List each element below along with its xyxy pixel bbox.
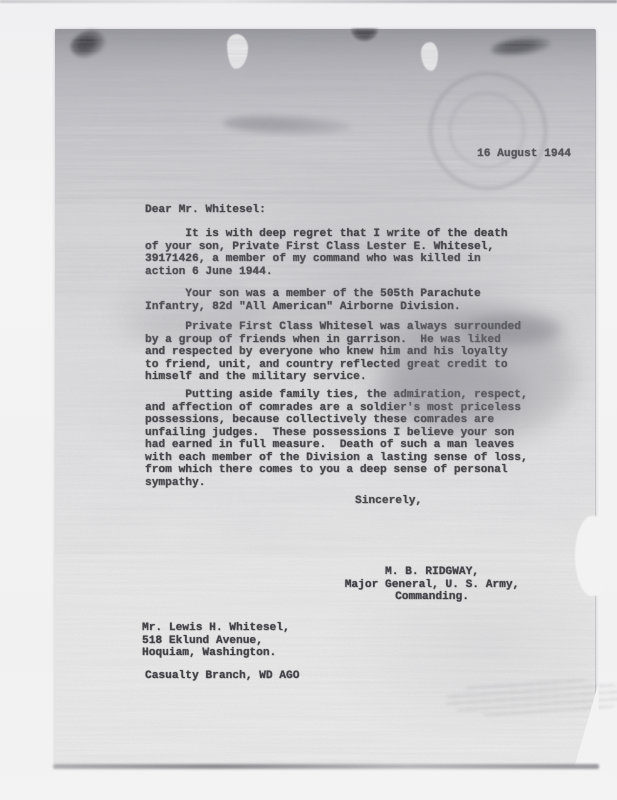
letter-text: 16 August 1944 Dear Mr. Whitesel: It is … (55, 29, 595, 766)
letter-salutation: Dear Mr. Whitesel: (145, 204, 266, 217)
letter-line: of your son, Private First Class Lester … (145, 241, 508, 254)
letter-line: Your son was a member of the 505th Parac… (145, 288, 481, 301)
letter-line: from which there comes to you a deep sen… (145, 464, 528, 477)
signature-block: M. B. RIDGWAY, Major General, U. S. Army… (343, 566, 521, 604)
letter-line: Private First Class Whitesel was always … (145, 321, 521, 334)
letter-line: action 6 June 1944. (145, 266, 508, 279)
letter-line: 39171426, a member of my command who was… (145, 253, 508, 266)
signature-name: M. B. RIDGWAY, (343, 566, 521, 579)
reference-note: Casualty Branch, WD AGO (145, 670, 299, 683)
address-line: Mr. Lewis H. Whitesel, (142, 622, 290, 635)
torn-right-edge-notch (575, 516, 609, 596)
signature-role: Commanding. (343, 591, 521, 604)
letter-line: Infantry, 82d "All American" Airborne Di… (145, 301, 481, 314)
letter-line: It is with deep regret that I write of t… (145, 228, 508, 241)
signature-title: Major General, U. S. Army, (343, 579, 521, 592)
scanned-letter-page: 16 August 1944 Dear Mr. Whitesel: It is … (0, 0, 617, 800)
letter-paragraph: Private First Class Whitesel was always … (145, 321, 521, 384)
letter-line: possessions, because collectively these … (145, 414, 528, 427)
address-line: 518 Eklund Avenue, (142, 635, 290, 648)
letter-line: had earned in full measure. Death of suc… (145, 439, 528, 452)
letter-line: by a group of friends when in garrison. … (145, 334, 521, 347)
letter-line: with each member of the Division a lasti… (145, 452, 528, 465)
letter-line: and affection of comrades are a soldier'… (145, 402, 528, 415)
letter-date: 16 August 1944 (477, 148, 571, 161)
letter-line: unfailing judges. These possessions I be… (145, 427, 528, 440)
letter-line: Putting aside family ties, the admiratio… (145, 389, 528, 402)
letter-paragraph: It is with deep regret that I write of t… (145, 228, 508, 278)
address-line: Hoquiam, Washington. (142, 647, 290, 660)
letter-line: sympathy. (145, 477, 528, 490)
scanner-edge-line (0, 0, 617, 3)
letter-paragraph: Putting aside family ties, the admiratio… (145, 389, 528, 489)
letter-paper: 16 August 1944 Dear Mr. Whitesel: It is … (55, 29, 596, 766)
letter-line: and respected by everyone who knew him a… (145, 346, 521, 359)
recipient-address-block: Mr. Lewis H. Whitesel, 518 Eklund Avenue… (142, 622, 290, 660)
letter-closing: Sincerely, (355, 495, 422, 508)
letter-line: himself and the military service. (145, 371, 521, 384)
letter-paragraph: Your son was a member of the 505th Parac… (145, 288, 481, 313)
letter-line: to friend, unit, and country reflected g… (145, 359, 521, 372)
